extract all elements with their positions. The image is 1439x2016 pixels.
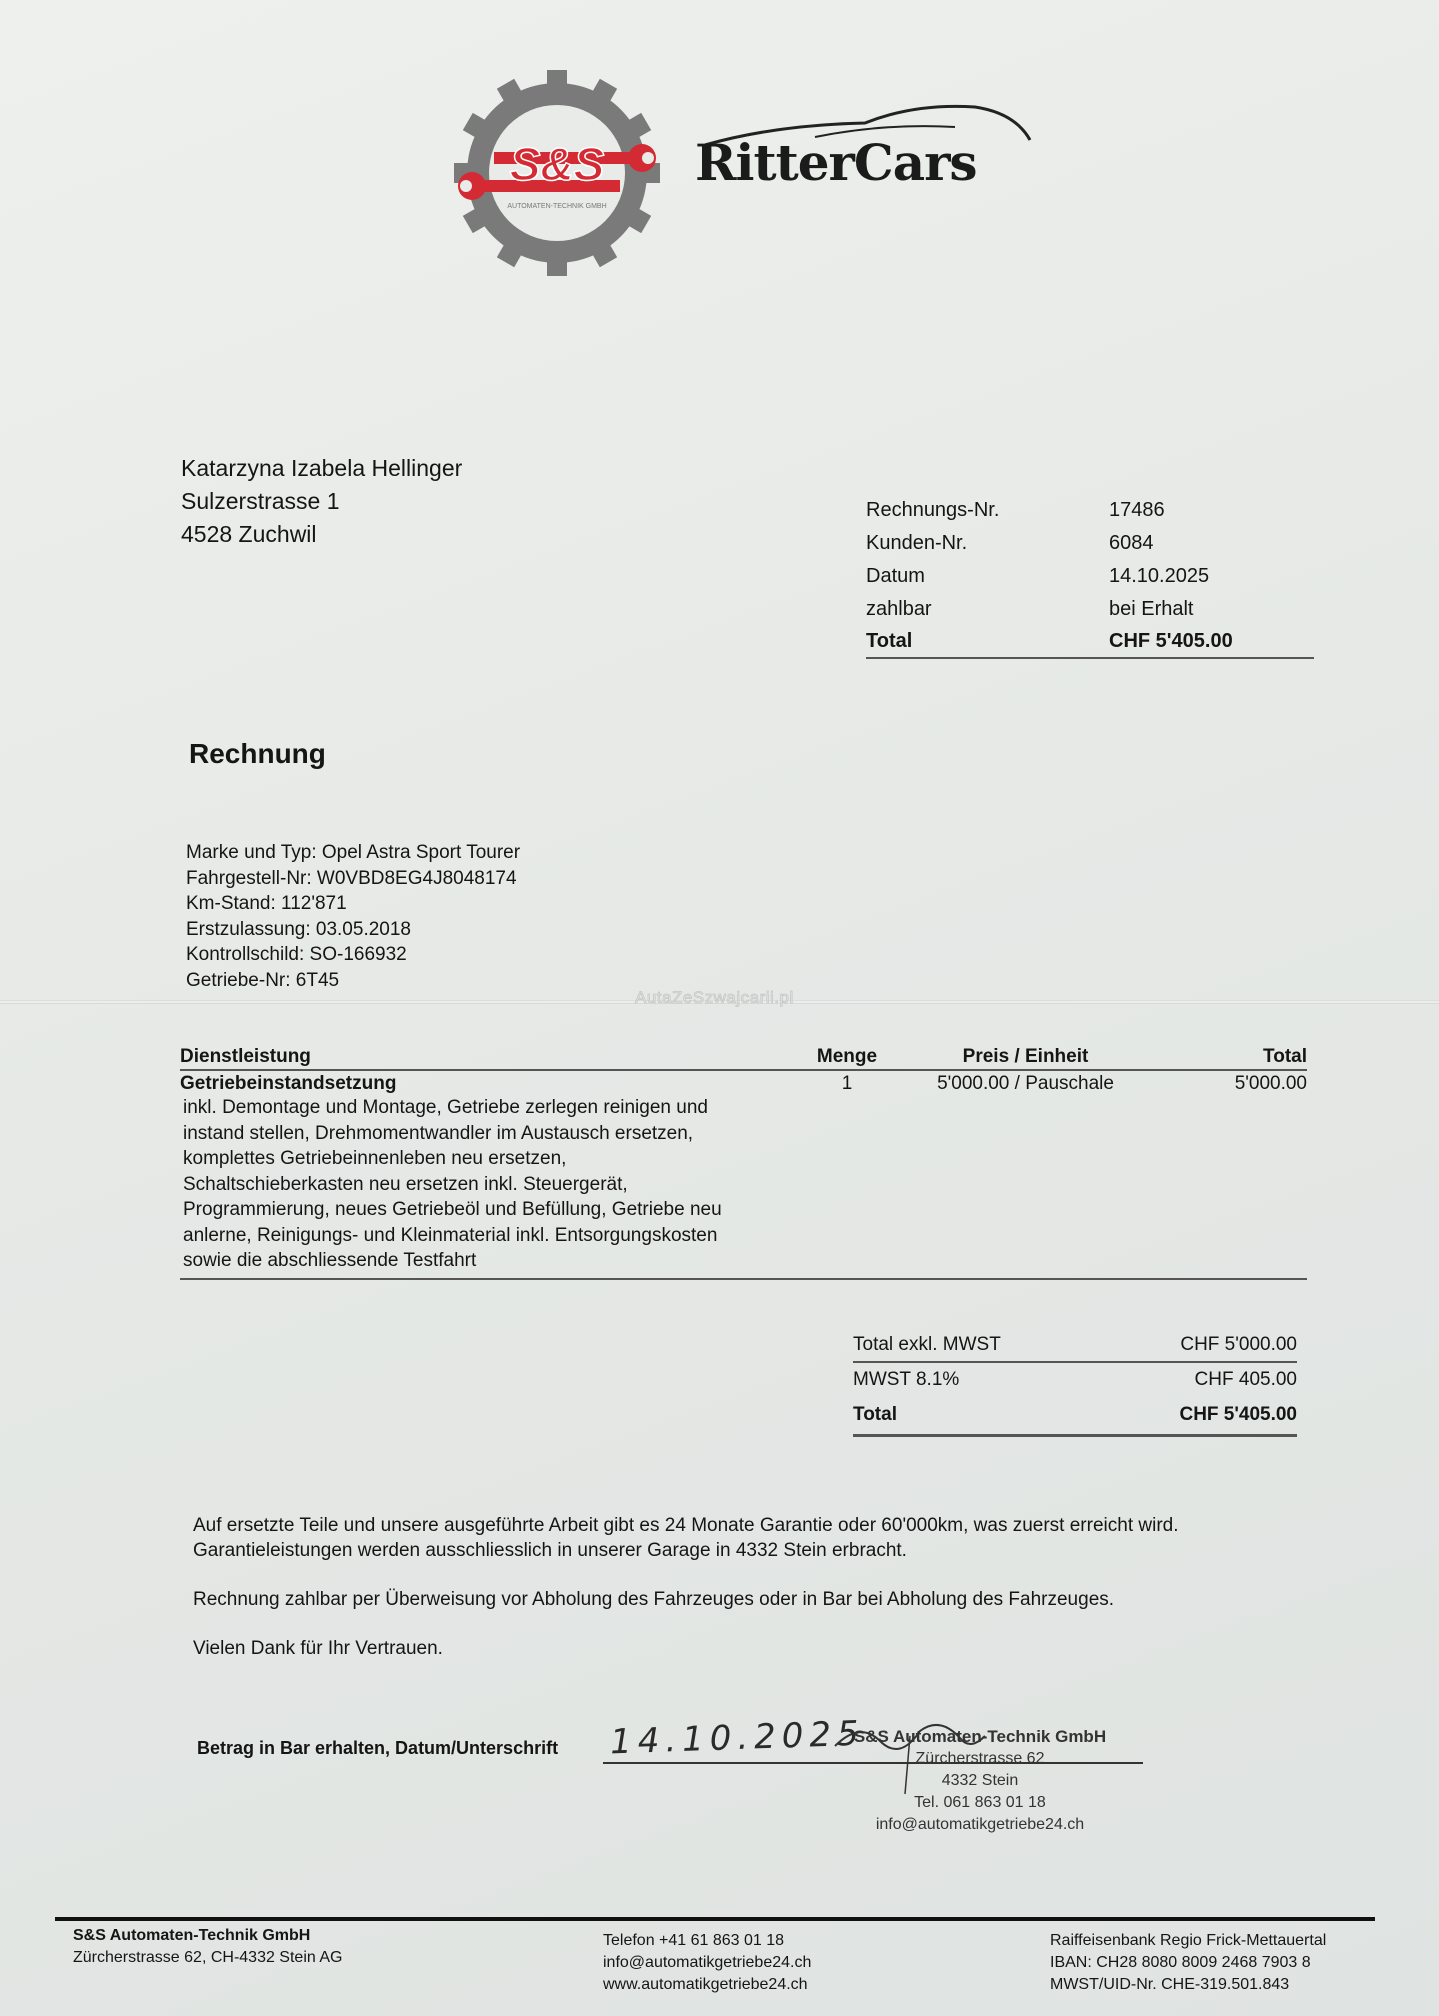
gear-icon: S&S AUTOMATEN-TECHNIK GMBH (452, 68, 662, 278)
invoice-meta: Rechnungs-Nr. 17486 Kunden-Nr. 6084 Datu… (866, 494, 1314, 659)
svg-text:S&S: S&S (510, 138, 605, 190)
items-divider (180, 1278, 1307, 1280)
footer-email: info@automatikgetriebe24.ch (603, 1952, 811, 1974)
total-net-row: Total exkl. MWST CHF 5'000.00 (853, 1328, 1297, 1363)
notes: Auf ersetzte Teile und unsere ausgeführt… (193, 1513, 1273, 1685)
vehicle-make-type: Marke und Typ: Opel Astra Sport Tourer (186, 840, 520, 866)
warranty-note: Auf ersetzte Teile und unsere ausgeführt… (193, 1513, 1273, 1563)
footer-vat-id: MWST/UID-Nr. CHE-319.501.843 (1050, 1974, 1326, 1996)
meta-customer-number: Kunden-Nr. 6084 (866, 527, 1314, 560)
signature-scribble (830, 1716, 990, 1796)
svg-text:AUTOMATEN-TECHNIK GMBH: AUTOMATEN-TECHNIK GMBH (507, 203, 606, 210)
item-total: 5'000.00 (1157, 1073, 1307, 1095)
ss-logo: S&S AUTOMATEN-TECHNIK GMBH (452, 68, 662, 278)
footer-bank-name: Raiffeisenbank Regio Frick-Mettauertal (1050, 1930, 1326, 1952)
total-gross-row: Total CHF 5'405.00 (853, 1396, 1297, 1437)
watermark: AutaZeSzwajcarii.pl (635, 988, 794, 1008)
table-row: Getriebeinstandsetzung 1 5'000.00 / Paus… (180, 1073, 1307, 1095)
meta-total: Total CHF 5'405.00 (866, 626, 1314, 659)
footer-bank: Raiffeisenbank Regio Frick-Mettauertal I… (1050, 1930, 1326, 1996)
vehicle-chassis-number: Fahrgestell-Nr: W0VBD8EG4J8048174 (186, 866, 520, 892)
footer-contact: Telefon +41 61 863 01 18 info@automatikg… (603, 1930, 811, 1996)
meta-invoice-number: Rechnungs-Nr. 17486 (866, 494, 1314, 527)
vehicle-license-plate: Kontrollschild: SO-166932 (186, 942, 520, 968)
document-title: Rechnung (189, 738, 326, 770)
vehicle-info: Marke und Typ: Opel Astra Sport Tourer F… (186, 840, 520, 993)
header-total: Total (1157, 1046, 1307, 1068)
item-description: inkl. Demontage und Montage, Getriebe ze… (180, 1095, 1307, 1274)
footer-divider (55, 1917, 1375, 1921)
rittercars-logo-text: RitterCars (695, 133, 977, 192)
vehicle-gearbox-number: Getriebe-Nr: 6T45 (186, 968, 520, 994)
header-unit-price: Preis / Einheit (894, 1046, 1157, 1068)
footer-iban: IBAN: CH28 8080 8009 2468 7903 8 (1050, 1952, 1326, 1974)
vat-row: MWST 8.1% CHF 405.00 (853, 1363, 1297, 1396)
handwritten-date: 14.10.2025 (609, 1714, 865, 1763)
totals-box: Total exkl. MWST CHF 5'000.00 MWST 8.1% … (853, 1328, 1297, 1437)
thanks-note: Vielen Dank für Ihr Vertrauen. (193, 1636, 1273, 1661)
items-table: Dienstleistung Menge Preis / Einheit Tot… (180, 1042, 1307, 1280)
meta-date: Datum 14.10.2025 (866, 560, 1314, 593)
vehicle-first-registration: Erstzulassung: 03.05.2018 (186, 917, 520, 943)
payment-note: Rechnung zahlbar per Überweisung vor Abh… (193, 1587, 1273, 1612)
recipient-street: Sulzerstrasse 1 (181, 485, 462, 518)
header-description: Dienstleistung (180, 1046, 800, 1068)
recipient-city: 4528 Zuchwil (181, 518, 462, 551)
header-quantity: Menge (800, 1046, 894, 1068)
item-unit-price: 5'000.00 / Pauschale (894, 1073, 1157, 1095)
recipient-address: Katarzyna Izabela Hellinger Sulzerstrass… (181, 452, 462, 551)
rittercars-logo: RitterCars (695, 95, 1035, 205)
recipient-name: Katarzyna Izabela Hellinger (181, 452, 462, 485)
footer-phone: Telefon +41 61 863 01 18 (603, 1930, 811, 1952)
signature-label: Betrag in Bar erhalten, Datum/Unterschri… (197, 1738, 558, 1759)
items-header: Dienstleistung Menge Preis / Einheit Tot… (180, 1042, 1307, 1071)
footer-company: S&S Automaten-Technik GmbH Zürcherstrass… (73, 1925, 342, 1969)
item-title: Getriebeinstandsetzung (180, 1073, 800, 1095)
item-quantity: 1 (800, 1073, 894, 1095)
footer-website: www.automatikgetriebe24.ch (603, 1974, 811, 1996)
meta-payable: zahlbar bei Erhalt (866, 593, 1314, 626)
vehicle-mileage: Km-Stand: 112'871 (186, 891, 520, 917)
